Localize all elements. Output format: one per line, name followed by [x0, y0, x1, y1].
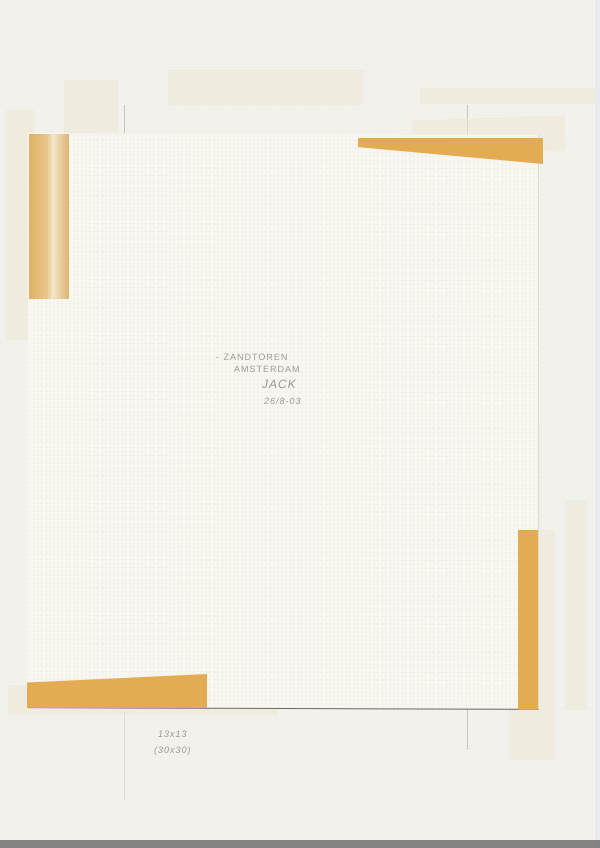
watercolor-sheet-back: - ZANDTOREN AMSTERDAM JACK 26/8-03: [28, 133, 539, 710]
guide-line-right-bottom: [467, 710, 468, 750]
signature: JACK: [262, 377, 297, 391]
guide-line-left-bottom: [124, 710, 125, 800]
size-note: 13x13: [158, 729, 188, 739]
inscription-title: - ZANDTOREN: [216, 352, 288, 362]
inscription-location: AMSTERDAM: [234, 364, 301, 374]
scan-edge-bottom: [0, 840, 600, 848]
clear-tape-right-far: [566, 500, 586, 710]
scan-edge-right: [595, 0, 600, 848]
guide-line-left: [124, 105, 125, 135]
inscription-date: 26/8-03: [264, 396, 302, 406]
orange-tape-bottom-right: [518, 530, 538, 710]
clear-tape-top-center: [168, 70, 363, 105]
clear-tape-right-top: [420, 88, 595, 104]
orange-tape-top-left: [29, 134, 69, 299]
clear-tape-top-left: [64, 80, 118, 140]
framed-size-note: (30x30): [154, 745, 192, 755]
